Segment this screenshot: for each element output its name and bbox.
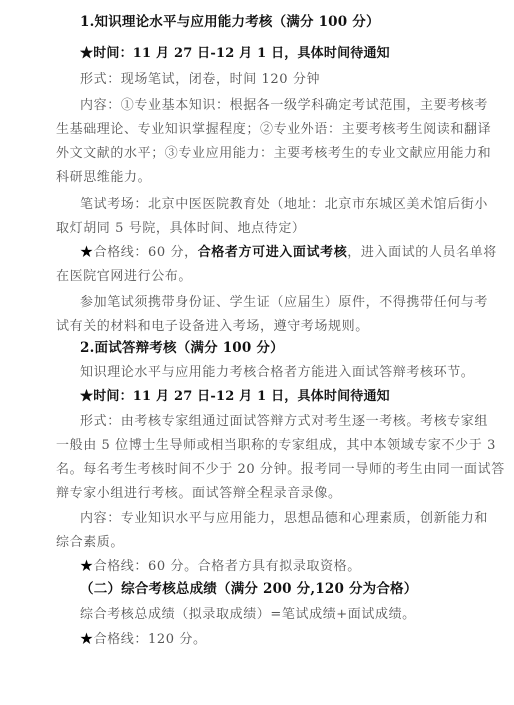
section-1-time: ★时间：11 月 27 日-12 月 1 日，具体时间待通知 xyxy=(80,45,480,62)
pass-line-suffix: ，进入面试的人员名单将 xyxy=(347,245,497,260)
section-1-content-line: 科研思维能力。 xyxy=(56,169,456,186)
section-1-venue-line: 笔试考场：北京中医医院教育处（地址：北京市东城区美术馆后街小 xyxy=(80,196,480,213)
section-1-pass-line: ★合格线：60 分，合格者方可进入面试考核，进入面试的人员名单将 xyxy=(80,244,480,261)
section-1-content-line: 生基础理论、专业知识掌握程度；②专业外语：主要考核考生阅读和翻译 xyxy=(56,121,456,138)
section-1-heading: 1.知识理论水平与应用能力考核（满分 100 分） xyxy=(80,14,480,31)
section-1-content-line: 内容：①专业基本知识：根据各一级学科确定考试范围，主要考核考 xyxy=(80,97,480,114)
section-1-pass-line-continuation: 在医院官网进行公布。 xyxy=(56,268,456,285)
pass-line-text: 合格线：60 分。合格者方具有拟录取资格。 xyxy=(94,559,361,574)
section-3-pass-line: ★合格线：120 分。 xyxy=(80,631,480,648)
section-1-notice-line: 参加笔试须携带身份证、学生证（应届生）原件，不得携带任何与考 xyxy=(80,294,480,311)
section-2-heading: 2.面试答辩考核（满分 100 分） xyxy=(80,340,480,357)
star-icon: ★ xyxy=(80,245,94,260)
section-2-form-line: 形式：由考核专家组通过面试答辩方式对考生逐一考核。考核专家组 xyxy=(80,413,480,430)
section-2-content-line: 综合素质。 xyxy=(56,534,456,551)
section-1-notice-line: 试有关的材料和电子设备进入考场，遵守考场规则。 xyxy=(56,318,456,335)
pass-line-text: 合格线：120 分。 xyxy=(94,632,207,647)
section-3-heading: （二）综合考核总成绩（满分 200 分,120 分为合格） xyxy=(80,581,480,598)
section-1-form: 形式：现场笔试，闭卷，时间 120 分钟 xyxy=(80,71,480,88)
section-2-intro: 知识理论水平与应用能力考核合格者方能进入面试答辩考核环节。 xyxy=(80,364,480,381)
pass-line-emphasis: 合格者方可进入面试考核 xyxy=(198,245,348,260)
section-2-form-line: 辩专家小组进行考核。面试答辩全程录音录像。 xyxy=(56,485,456,502)
section-1-content-line: 外文文献的水平；③专业应用能力：主要考核考生的专业文献应用能力和 xyxy=(56,145,456,162)
section-2-time: ★时间：11 月 27 日-12 月 1 日，具体时间待通知 xyxy=(80,388,480,405)
section-2-pass-line: ★合格线：60 分。合格者方具有拟录取资格。 xyxy=(80,558,480,575)
star-icon: ★ xyxy=(80,559,94,574)
section-3-formula: 综合考核总成绩（拟录取成绩）=笔试成绩+面试成绩。 xyxy=(80,606,480,623)
section-1-venue-line: 取灯胡同 5 号院，具体时间、地点待定） xyxy=(56,220,456,237)
section-2-content-line: 内容：专业知识水平与应用能力，思想品德和心理素质，创新能力和 xyxy=(80,510,480,527)
pass-line-prefix: 合格线：60 分， xyxy=(94,245,198,260)
document-page: 1.知识理论水平与应用能力考核（满分 100 分） ★时间：11 月 27 日-… xyxy=(0,0,514,705)
section-2-form-line: 一般由 5 位博士生导师或相当职称的专家组成，其中本领域专家不少于 3 xyxy=(56,437,456,454)
section-2-form-line: 名。每名考生考核时间不少于 20 分钟。报考同一导师的考生由同一面试答 xyxy=(56,461,456,478)
star-icon: ★ xyxy=(80,632,94,647)
